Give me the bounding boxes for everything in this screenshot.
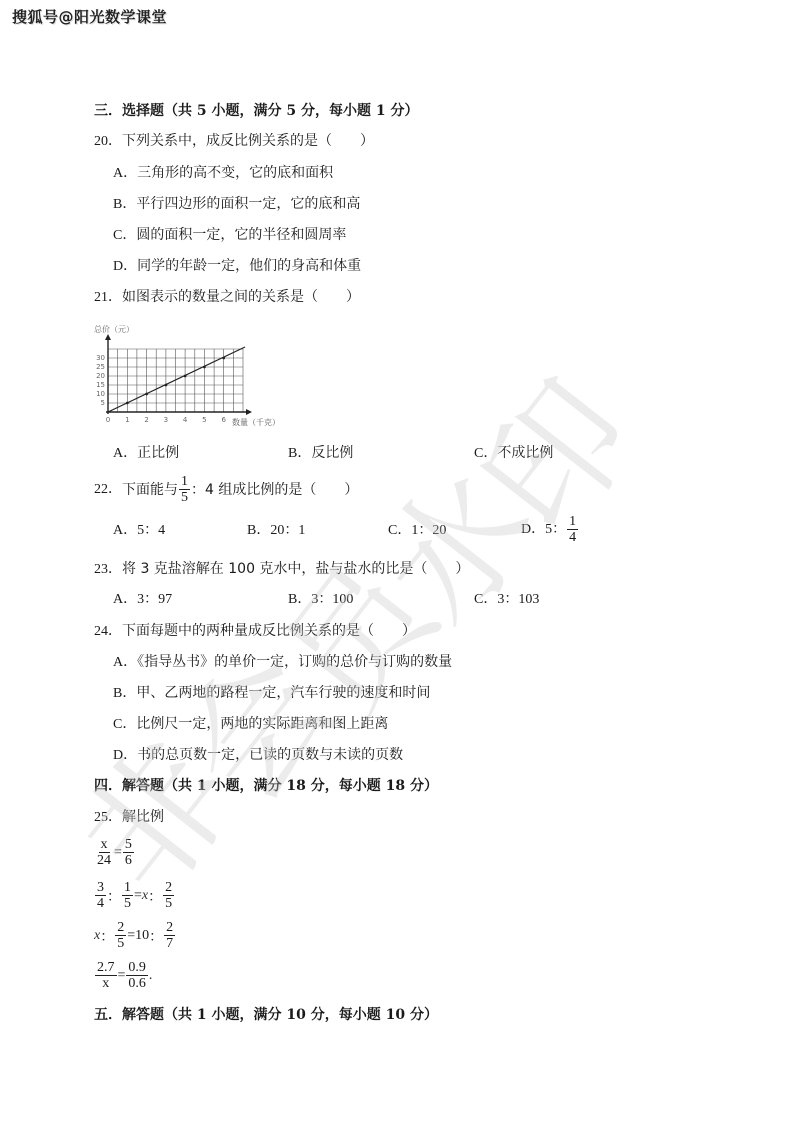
svg-text:3: 3 — [164, 416, 168, 424]
q23-option-b: B．3：100 — [288, 591, 353, 609]
question-number: 21． — [94, 290, 122, 305]
q21-option-b: B．反比例 — [288, 444, 353, 463]
option-label: B． — [288, 446, 311, 461]
q24-option-c: C．比例尺一定，两地的实际距离和图上距离 — [113, 715, 388, 734]
source-watermark-header: 搜狐号@阳光数学课堂 — [12, 6, 167, 27]
option-text: 三角形的高不变，它的底和面积 — [137, 165, 333, 181]
option-label: A． — [113, 446, 137, 461]
option-text: 反比例 — [311, 445, 353, 461]
q22-option-d: D．5：14 — [521, 514, 579, 545]
line-chart-svg: 总价（元） — [88, 322, 288, 432]
question-20: 20．下列关系中，成反比例关系的是（ ） — [94, 132, 374, 151]
x-axis-arrow-icon — [246, 409, 252, 415]
q24-option-a: A．《指导丛书》的单价一定，订购的总价与订购的数量 — [113, 653, 452, 672]
section-four-title: 四．解答题（共 1 小题，满分 18 分，每小题 18 分） — [94, 777, 438, 795]
option-label: A． — [113, 166, 137, 181]
q23-option-a: A．3：97 — [113, 591, 172, 609]
section-three-title: 三．选择题（共 5 小题，满分 5 分，每小题 1 分） — [94, 102, 418, 120]
question-stem: 解比例 — [122, 809, 164, 825]
q22-option-a: A．5：4 — [113, 522, 165, 540]
question-24: 24．下面每题中的两种量成反比例关系的是（ ） — [94, 622, 416, 641]
option-label: C． — [113, 228, 136, 243]
option-text: 不成比例 — [497, 445, 553, 461]
equation-2: 34 ： 15 = x ： 25 — [94, 880, 175, 911]
question-number: 25． — [94, 810, 122, 825]
svg-text:6: 6 — [221, 416, 226, 424]
q23-option-c: C．3：103 — [474, 591, 539, 609]
svg-text:30: 30 — [96, 354, 105, 362]
option-text: 正比例 — [137, 445, 179, 461]
data-line — [108, 347, 245, 412]
question-number: 24． — [94, 624, 122, 639]
q21-option-a: A．正比例 — [113, 444, 179, 463]
svg-text:2: 2 — [144, 416, 148, 424]
svg-text:4: 4 — [183, 416, 188, 424]
svg-text:10: 10 — [96, 390, 105, 398]
question-23: 23．将 3 克盐溶解在 100 克水中，盐与盐水的比是（ ） — [94, 560, 469, 579]
option-text: 圆的面积一定，它的半径和圆周率 — [136, 227, 346, 243]
question-stem-pre: 下面能与 — [122, 481, 178, 499]
q20-option-c: C．圆的面积一定，它的半径和圆周率 — [113, 226, 346, 245]
question-stem: 下列关系中，成反比例关系的是（ ） — [122, 133, 374, 149]
equation-3: x ： 25 = 10 ： 27 — [94, 920, 176, 951]
question-number: 20． — [94, 134, 122, 149]
option-label: C． — [474, 446, 497, 461]
y-axis-arrow-icon — [105, 334, 111, 340]
question-22: 22．下面能与15：4 组成比例的是（ ） — [94, 474, 358, 505]
question-stem: 下面每题中的两种量成反比例关系的是（ ） — [122, 623, 416, 639]
question-stem: 将 3 克盐溶解在 100 克水中，盐与盐水的比是（ ） — [122, 561, 469, 577]
q24-option-d: D．书的总页数一定，已读的页数与未读的页数 — [113, 746, 403, 765]
svg-text:20: 20 — [96, 372, 105, 380]
option-label: D． — [113, 259, 137, 274]
question-stem: 如图表示的数量之间的关系是（ ） — [122, 289, 360, 305]
svg-text:1: 1 — [125, 416, 129, 424]
option-text: 平行四边形的面积一定，它的底和高 — [136, 196, 360, 212]
fraction: 15 — [179, 474, 190, 505]
question-number: 22． — [94, 481, 122, 499]
option-label: B． — [113, 197, 136, 212]
q21-option-c: C．不成比例 — [474, 444, 553, 463]
q20-option-d: D．同学的年龄一定，他们的身高和体重 — [113, 257, 361, 276]
equation-1: x24 = 56 — [94, 837, 135, 868]
question-stem-post: ：4 组成比例的是（ ） — [191, 481, 358, 499]
x-axis-label: 数量（千克） — [232, 417, 280, 427]
q20-option-b: B．平行四边形的面积一定，它的底和高 — [113, 195, 360, 214]
svg-text:15: 15 — [96, 381, 105, 389]
option-text: 同学的年龄一定，他们的身高和体重 — [137, 258, 361, 274]
non-member-watermark: 非 会 员 水 印 — [250, 380, 670, 800]
fraction: 14 — [567, 514, 578, 545]
price-quantity-chart: 总价（元） — [88, 322, 288, 432]
y-axis-label: 总价（元） — [94, 324, 134, 334]
question-number: 23． — [94, 562, 122, 577]
x-tick-labels: 0 1 2 3 4 5 6 — [106, 416, 227, 424]
question-25: 25．解比例 — [94, 808, 164, 827]
equation-4: 2.7x = 0.90.6 . — [94, 960, 152, 991]
svg-text:25: 25 — [96, 363, 105, 371]
q20-option-a: A．三角形的高不变，它的底和面积 — [113, 164, 333, 183]
svg-text:0: 0 — [106, 416, 110, 424]
section-five-title: 五．解答题（共 1 小题，满分 10 分，每小题 10 分） — [94, 1006, 438, 1024]
svg-text:5: 5 — [101, 399, 105, 407]
svg-text:5: 5 — [202, 416, 206, 424]
y-tick-labels: 5 10 15 20 25 30 — [96, 354, 105, 407]
q22-option-c: C．1：20 — [388, 522, 446, 540]
q24-option-b: B．甲、乙两地的路程一定，汽车行驶的速度和时间 — [113, 684, 430, 703]
q22-option-b: B．20：1 — [247, 522, 305, 540]
question-21: 21．如图表示的数量之间的关系是（ ） — [94, 288, 360, 307]
